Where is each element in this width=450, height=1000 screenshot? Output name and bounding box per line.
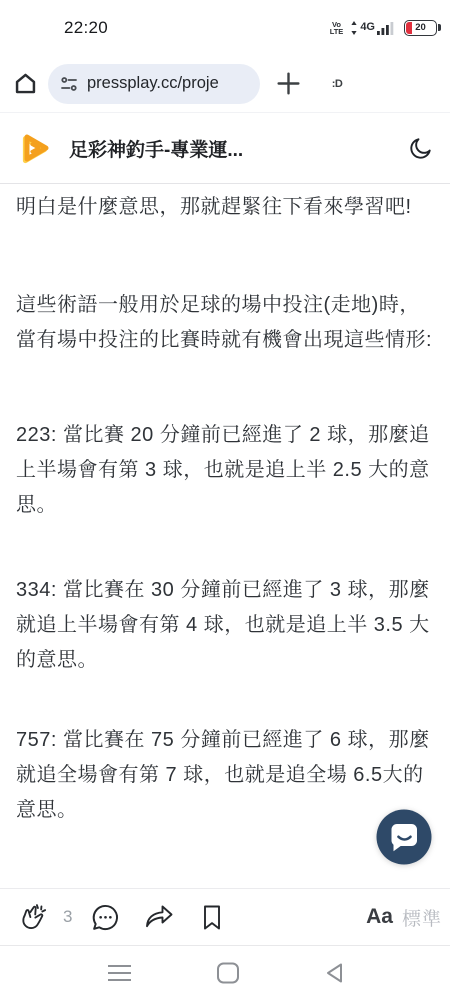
paragraph: 757: 當比賽在 75 分鐘前已經進了 6 球，那麼就追全場會有第 7 球，也…: [16, 723, 434, 828]
share-button[interactable]: [143, 903, 176, 931]
paragraph: 明白是什麼意思，那就趕緊往下看來學習吧!: [16, 190, 434, 225]
clap-count: 3: [63, 907, 72, 927]
font-size-value: 標準: [402, 904, 442, 931]
back-triangle-icon: [324, 962, 344, 984]
back-button[interactable]: [324, 962, 344, 984]
paragraph: 334: 當比賽在 30 分鐘前已經進了 3 球，那麼就追上半場會有第 4 球，…: [16, 573, 434, 678]
status-bar: 22:20 Vo LTE 4G 2: [0, 0, 450, 55]
article-action-bar: 3 Aa 標準: [0, 888, 450, 945]
browser-toolbar: pressplay.cc/proje :D: [0, 55, 450, 113]
address-bar[interactable]: pressplay.cc/proje: [48, 64, 260, 104]
android-nav-bar: [0, 945, 450, 1000]
home-icon: [12, 70, 39, 97]
paragraph: 223: 當比賽 20 分鐘前已經進了 2 球，那麼追上半場會有第 3 球，也就…: [16, 418, 434, 523]
clap-icon: [18, 902, 49, 933]
battery-icon: 20: [404, 20, 437, 36]
update-arrow-icon: [381, 76, 397, 92]
volte-icon: Vo LTE: [330, 21, 344, 35]
font-size-label: Aa: [366, 905, 393, 929]
status-icons: Vo LTE 4G 20: [330, 20, 437, 36]
battery-percent: 20: [405, 21, 436, 35]
url-text: pressplay.cc/proje: [87, 74, 245, 93]
bookmark-button[interactable]: [200, 904, 224, 931]
tab-count-label: :D: [332, 78, 343, 90]
bookmark-icon: [200, 904, 224, 931]
clap-button[interactable]: [18, 902, 49, 933]
network-type-label: 4G: [360, 22, 375, 33]
tab-switcher-button[interactable]: :D: [324, 71, 350, 97]
site-header: 足彩神釣手-專業運...: [0, 113, 450, 184]
font-size-button[interactable]: Aa 標準: [366, 904, 442, 931]
article-body: 明白是什麼意思，那就趕緊往下看來學習吧! 這些術語一般用於足球的場中投注(走地)…: [0, 184, 450, 888]
phone-screen: 22:20 Vo LTE 4G 2: [0, 0, 450, 1000]
signal-bars-icon: [377, 20, 394, 36]
moon-icon: [407, 135, 434, 162]
home-nav-button[interactable]: [216, 962, 240, 984]
new-tab-button[interactable]: [275, 70, 302, 97]
recents-button[interactable]: [107, 964, 132, 982]
site-settings-tune-icon: [60, 75, 78, 93]
share-icon: [143, 903, 176, 931]
paragraph: 這些術語一般用於足球的場中投注(走地)時，當有場中投注的比賽時就有機會出現這些情…: [16, 288, 434, 358]
project-title[interactable]: 足彩神釣手-專業運...: [69, 135, 407, 162]
plus-icon: [275, 70, 302, 97]
chat-bubble-icon: [375, 808, 433, 866]
comment-icon: [90, 902, 121, 933]
chrome-update-button[interactable]: [374, 69, 404, 99]
clock: 22:20: [64, 18, 108, 38]
signal-icon: 4G: [350, 20, 394, 36]
dark-mode-toggle[interactable]: [407, 135, 434, 162]
home-square-icon: [216, 962, 240, 984]
home-button[interactable]: [12, 70, 39, 97]
pressplay-logo-icon[interactable]: [16, 127, 56, 169]
chat-widget-button[interactable]: [375, 808, 433, 866]
volte-bottom-label: LTE: [330, 28, 344, 35]
menu-lines-icon: [107, 964, 132, 982]
comment-button[interactable]: [90, 902, 121, 933]
data-arrows-icon: [350, 20, 358, 36]
